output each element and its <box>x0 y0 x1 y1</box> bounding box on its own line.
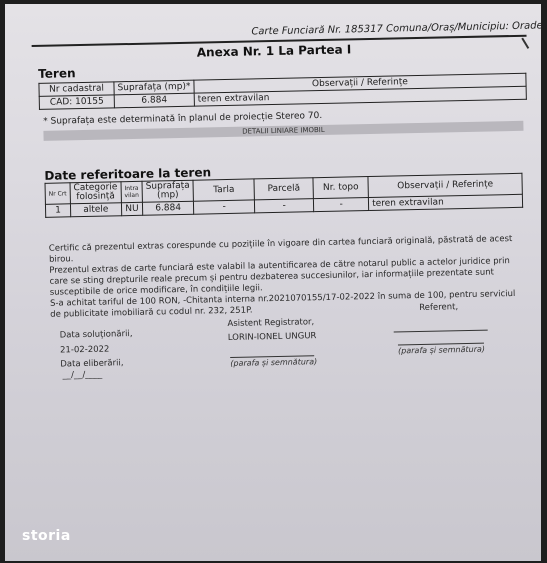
document-page: Carte Funciară Nr. 185317 Comuna/Oraș/Mu… <box>5 4 541 561</box>
cell-categorie: altele <box>70 203 121 217</box>
suprafata-footnote: * Suprafața este determinată în planul d… <box>43 111 322 127</box>
cell-parcela: - <box>255 199 314 213</box>
referent-signature-caption: (parafa și semnătura) <box>398 345 485 356</box>
referent-signature-line <box>394 330 488 333</box>
col-nr-crt: Nr Crt <box>45 183 70 205</box>
cell-nr-topo: - <box>314 198 369 212</box>
data-solutionarii-value: 21-02-2022 <box>60 345 110 356</box>
cell-nr-cadastral: CAD: 10155 <box>39 95 114 110</box>
teren-section-title: Teren <box>38 66 76 81</box>
cell-observatii: teren extravilan <box>369 194 523 210</box>
data-eliberarii-label: Data eliberării, <box>60 358 123 369</box>
col-categorie: Categorie folosință <box>70 182 121 204</box>
data-solutionarii-label: Data soluționării, <box>60 329 133 341</box>
asistent-signature-caption: (parafa și semnătura) <box>230 357 317 368</box>
referent-label: Referent, <box>419 302 458 313</box>
col-parcela: Parcelă <box>254 178 313 200</box>
cell-tarla: - <box>194 200 255 214</box>
teren-table: Nr cadastral Suprafața (mp)* Observații … <box>38 73 526 110</box>
anexa-title: Anexa Nr. 1 La Partea I <box>197 42 352 59</box>
cell-suprafata: 6.884 <box>114 93 194 108</box>
col-nr-topo: Nr. topo <box>313 177 368 199</box>
cell-suprafata: 6.884 <box>142 201 193 215</box>
col-intravilan: Intra vilan <box>121 181 143 202</box>
col-suprafata: Suprafața (mp) <box>142 180 194 202</box>
col-tarla: Tarla <box>193 179 254 201</box>
pen-mark <box>516 38 529 52</box>
storia-watermark: storia <box>22 528 71 544</box>
cell-intravilan: NU <box>121 202 143 215</box>
asistent-registrator-label: Asistent Registrator, <box>227 317 314 329</box>
asistent-registrator-name: LORIN-IONEL UNGUR <box>228 331 317 343</box>
cell-nr-crt: 1 <box>45 204 70 218</box>
data-eliberarii-value: __/__/____ <box>62 370 102 381</box>
